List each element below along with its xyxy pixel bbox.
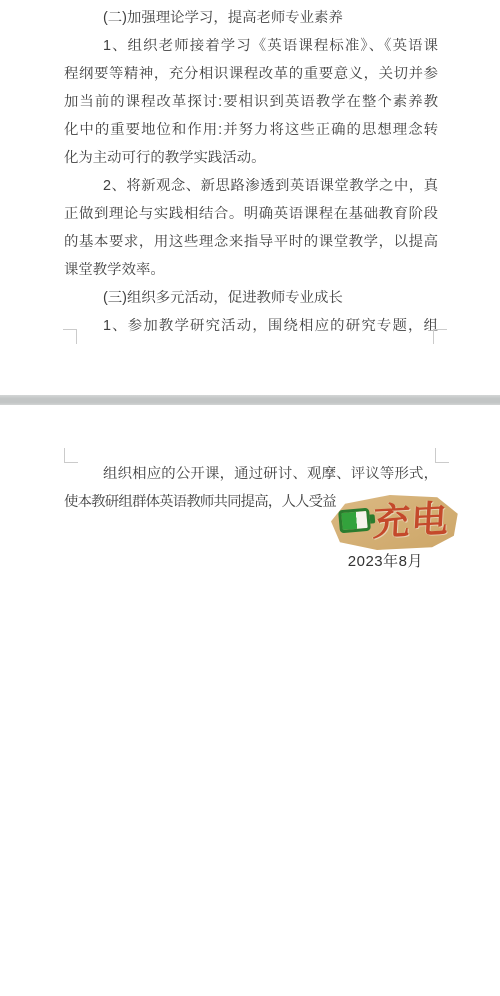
page-1-text: (二)加强理论学习，提高老师专业素养 1、组织老师接着学习《英语课程标准》、《英… <box>64 4 438 340</box>
paragraph-line: 课堂教学效率。 <box>64 256 438 284</box>
paragraph-line: 组织相应的公开课，通过研讨、观摩、评议等形式， <box>64 460 438 488</box>
paragraph-line: 化为主动可行的教学实践活动。 <box>64 144 438 172</box>
stamp-label: 充电 <box>372 490 461 552</box>
paragraph-line: 1、组织老师接着学习《英语课程标准》、《英语课 <box>64 32 438 60</box>
crop-mark-bottom-right <box>433 329 447 344</box>
paragraph-line: 正做到理论与实践相结合。明确英语课程在基础教育阶段 <box>64 200 438 228</box>
document-date: 2023年8月 <box>348 551 423 573</box>
paragraph-line: 的基本要求，用这些理念来指导平时的课堂教学，以提高 <box>64 228 438 256</box>
crop-mark-bottom-left <box>63 329 77 344</box>
paragraph-line: 程纲要等精神，充分相识课程改革的重要意义，关切并参 <box>64 60 438 88</box>
heading-line: (三)组织多元活动，促进教师专业成长 <box>64 284 438 312</box>
heading-line: (二)加强理论学习，提高老师专业素养 <box>64 4 438 32</box>
page-2: 组织相应的公开课，通过研讨、观摩、评议等形式， 使本教研组群体英语教师共同提高，… <box>0 405 500 996</box>
paragraph-line: 化中的重要地位和作用:并努力将这些正确的思想理念转 <box>64 116 438 144</box>
recharge-stamp: 充电 <box>331 495 459 550</box>
battery-icon <box>338 508 371 534</box>
paragraph-line: 加当前的课程改革探讨:要相识到英语教学在整个素养教 <box>64 88 438 116</box>
document-viewer: (二)加强理论学习，提高老师专业素养 1、组织老师接着学习《英语课程标准》、《英… <box>0 0 500 996</box>
paragraph-line: 2、将新观念、新思路渗透到英语课堂教学之中，真 <box>64 172 438 200</box>
paragraph-line: 1、参加教学研究活动，围绕相应的研究专题，组 <box>64 312 438 340</box>
page-1: (二)加强理论学习，提高老师专业素养 1、组织老师接着学习《英语课程标准》、《英… <box>0 0 500 395</box>
page-divider <box>0 395 500 405</box>
